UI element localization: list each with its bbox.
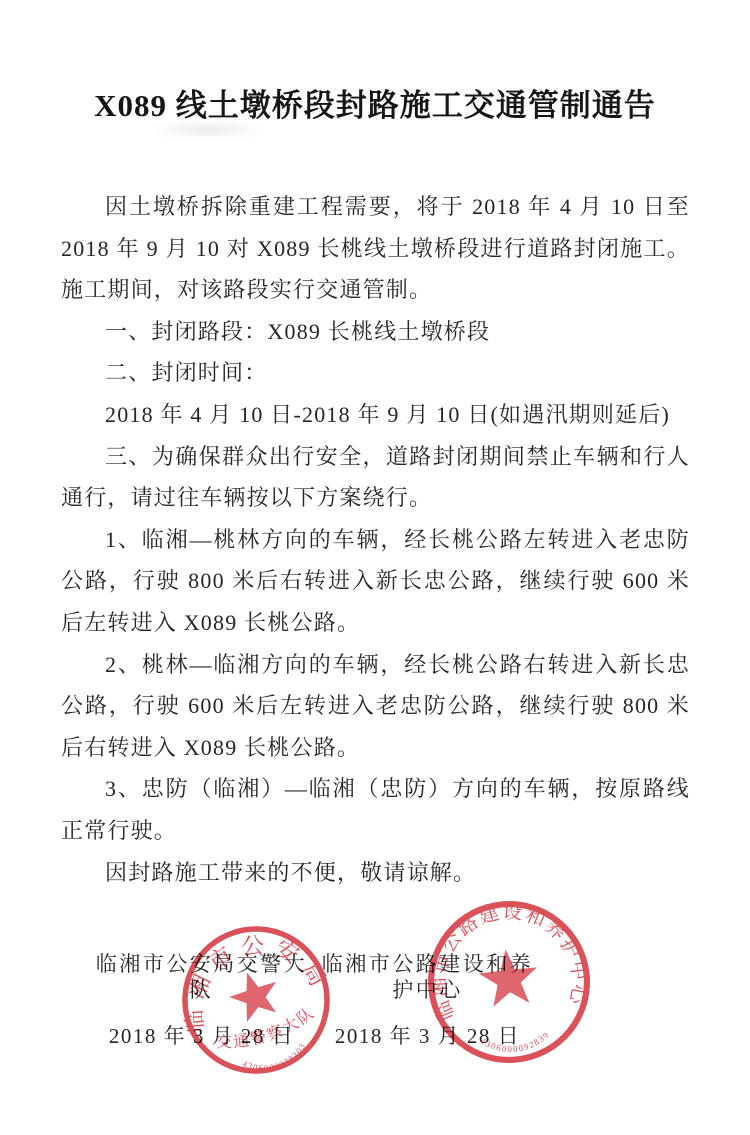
signature-org-police: 临湘市公安局交警大队 [94,951,309,1003]
paragraph-section-1: 一、封闭路段：X089 长桃线土墩桥段 [61,311,690,353]
document-title: X089 线土墩桥段封路施工交通管制通告 [0,80,750,125]
signature-org-highway: 临湘市公路建设和养护中心 [320,951,535,1003]
paragraph-detour-1: 1、临湘—桃林方向的车辆，经长桃公路左转进入老忠防公路，行驶 800 米后右转进… [61,519,690,644]
notice-document-page: X089 线土墩桥段封路施工交通管制通告 因土墩桥拆除重建工程需要，将于 201… [0,0,750,1135]
paragraph-section-3: 三、为确保群众出行安全，道路封闭期间禁止车辆和行人通行，请过往车辆按以下方案绕行… [61,436,690,519]
signature-block-highway: 临湘市公路建设和养护中心 2018 年 3 月 28 日 [320,951,535,1049]
paragraph-intro: 因土墩桥拆除重建工程需要，将于 2018 年 4 月 10 日至 2018 年 … [61,186,690,311]
paragraph-detour-2: 2、桃林—临湘方向的车辆，经长桃公路右转进入新长忠公路，行驶 600 米后左转进… [61,644,690,769]
signature-date-highway: 2018 年 3 月 28 日 [320,1023,535,1049]
signature-date-police: 2018 年 3 月 28 日 [94,1023,309,1049]
paragraph-dates: 2018 年 4 月 10 日-2018 年 9 月 10 日(如遇汛期则延后) [61,394,690,436]
signature-block-police: 临湘市公安局交警大队 2018 年 3 月 28 日 [94,951,309,1049]
document-body: 因土墩桥拆除重建工程需要，将于 2018 年 4 月 10 日至 2018 年 … [61,186,690,893]
paragraph-section-2: 二、封闭时间： [61,352,690,394]
paragraph-detour-3: 3、忠防（临湘）—临湘（忠防）方向的车辆，按原路线正常行驶。 [61,768,690,851]
paragraph-closing: 因封路施工带来的不便，敬请谅解。 [61,852,690,894]
